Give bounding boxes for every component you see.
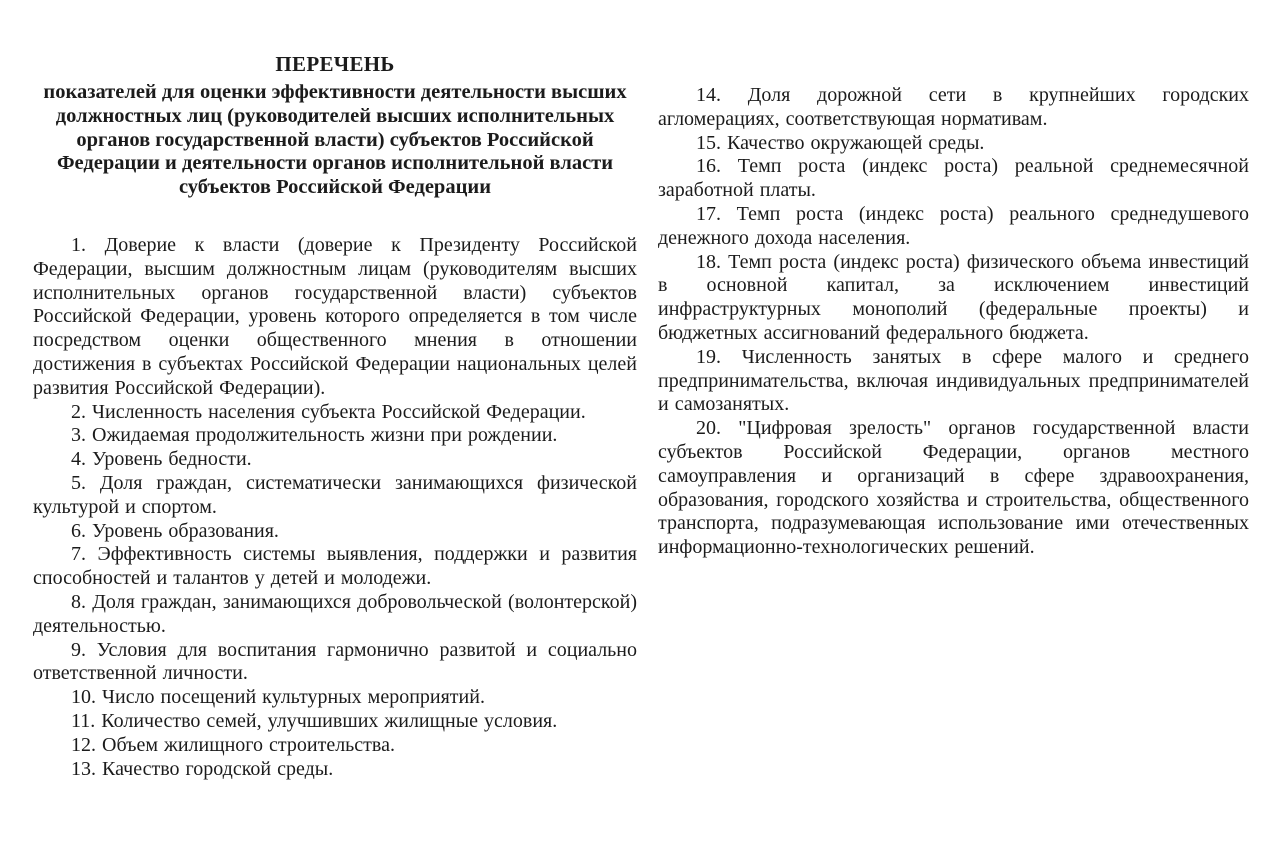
- list-item-2: 2. Численность населения субъекта Россий…: [33, 401, 637, 425]
- list-item-19: 19. Численность занятых в сфере малого и…: [658, 346, 1249, 417]
- list-item-9: 9. Условия для воспитания гармонично раз…: [33, 639, 637, 687]
- document-title: ПЕРЕЧЕНЬ: [33, 52, 637, 76]
- list-item-18: 18. Темп роста (индекс роста) физическог…: [658, 251, 1249, 346]
- document-page: ПЕРЕЧЕНЬ показателей для оценки эффектив…: [0, 0, 1280, 853]
- list-item-5: 5. Доля граждан, систематически занимающ…: [33, 472, 637, 520]
- document-subtitle: показателей для оценки эффективности дея…: [33, 81, 637, 200]
- list-item-7: 7. Эффективность системы выявления, подд…: [33, 543, 637, 591]
- list-item-1: 1. Доверие к власти (доверие к Президент…: [33, 234, 637, 401]
- list-item-15: 15. Качество окружающей среды.: [658, 132, 1249, 156]
- list-item-20: 20. "Цифровая зрелость" органов государс…: [658, 417, 1249, 560]
- list-item-12: 12. Объем жилищного строительства.: [33, 734, 637, 758]
- list-item-10: 10. Число посещений культурных мероприят…: [33, 686, 637, 710]
- list-item-6: 6. Уровень образования.: [33, 520, 637, 544]
- list-item-13: 13. Качество городской среды.: [33, 758, 637, 782]
- list-item-16: 16. Темп роста (индекс роста) реальной с…: [658, 155, 1249, 203]
- list-item-4: 4. Уровень бедности.: [33, 448, 637, 472]
- left-column: ПЕРЕЧЕНЬ показателей для оценки эффектив…: [33, 52, 637, 781]
- list-item-8: 8. Доля граждан, занимающихся добровольч…: [33, 591, 637, 639]
- list-item-17: 17. Темп роста (индекс роста) реального …: [658, 203, 1249, 251]
- list-item-14: 14. Доля дорожной сети в крупнейших горо…: [658, 84, 1249, 132]
- list-item-3: 3. Ожидаемая продолжительность жизни при…: [33, 424, 637, 448]
- right-column: 14. Доля дорожной сети в крупнейших горо…: [658, 84, 1249, 560]
- list-item-11: 11. Количество семей, улучшивших жилищны…: [33, 710, 637, 734]
